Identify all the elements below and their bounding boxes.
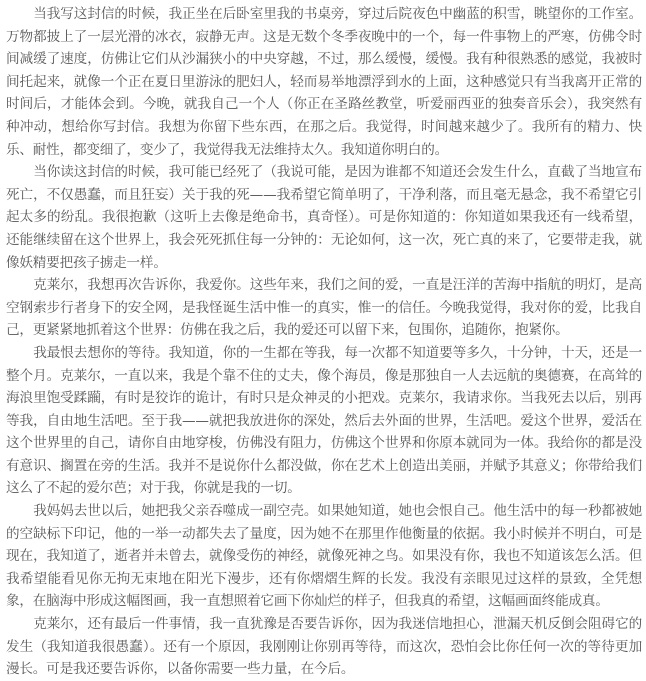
paragraph: 当我写这封信的时候，我正坐在后卧室里我的书桌旁，穿过后院夜色中幽蓝的积雪，眺望你… [6, 3, 642, 161]
paragraph: 克莱尔，我想再次告诉你，我爱你。这些年来，我们之间的爱，一直是汪洋的苦海中指航的… [6, 274, 642, 342]
paragraph: 当你读这封信的时候，我可能已经死了（我说可能，是因为谁都不知道还会发生什么，直截… [6, 161, 642, 274]
paragraph: 我最恨去想你的等待。我知道，你的一生都在等我，每一次都不知道要等多久，十分钟，十… [6, 342, 642, 500]
paragraph: 我妈妈去世以后，她把我父亲吞噬成一副空壳。如果她知道，她也会恨自己。他生活中的每… [6, 500, 642, 543]
watermark-mark: ... [516, 534, 523, 542]
letter-document: 当我写这封信的时候，我正坐在后卧室里我的书桌旁，穿过后院夜色中幽蓝的积雪，眺望你… [6, 3, 642, 543]
